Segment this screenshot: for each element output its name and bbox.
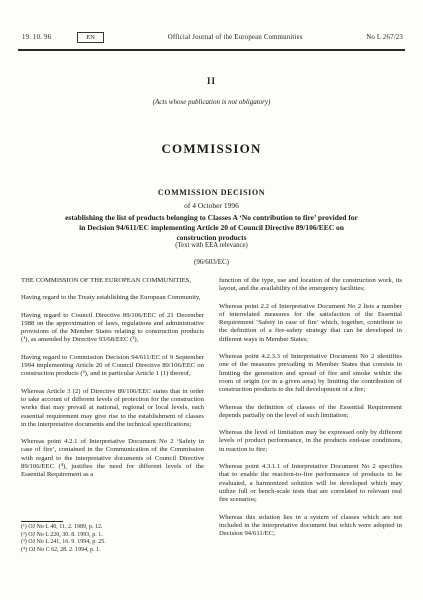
- body-paragraph: Whereas point 4.2.3.3 of Interpretative …: [219, 353, 402, 394]
- footnotes: (¹) OJ No L 40, 11. 2. 1989, p. 12.(²) O…: [21, 521, 191, 555]
- body-paragraph: Whereas the level of limitation may be e…: [219, 429, 402, 454]
- section-note: (Acts whose publication is not obligator…: [0, 98, 423, 106]
- body-paragraph: Whereas the definition of classes of the…: [219, 404, 402, 421]
- footnote: (⁴) OJ No C 62, 28. 2. 1994, p. 1.: [21, 547, 191, 555]
- decision-subject: establishing the list of products belong…: [62, 213, 361, 242]
- body-paragraph: THE COMMISSION OF THE EUROPEAN COMMUNITI…: [21, 277, 204, 285]
- institution-heading: COMMISSION: [0, 141, 423, 157]
- header-journal-title: Official Journal of the European Communi…: [104, 34, 366, 41]
- decision-heading: COMMISSION DECISION: [0, 188, 423, 197]
- body-paragraph: Having regard to the Treaty establishing…: [21, 294, 204, 302]
- header-page-ref: No L 267/23: [366, 34, 403, 41]
- decision-date-line: of 4 October 1996: [0, 201, 423, 210]
- body-paragraph: Whereas Article 3 (2) of Directive 89/10…: [21, 388, 204, 429]
- body-paragraph: Whereas point 4.3.1.1 of Interpretative …: [219, 463, 402, 504]
- body-paragraph: Having regard to Commission Decision 94/…: [21, 354, 204, 379]
- body-paragraph: Whereas this solution lies in a system o…: [219, 514, 402, 539]
- eea-relevance-note: (Text with EEA relevance): [0, 242, 423, 249]
- section-numeral: II: [0, 76, 423, 86]
- header-date: 19. 10. 96: [22, 34, 51, 41]
- footnote-list: (¹) OJ No L 40, 11. 2. 1989, p. 12.(²) O…: [21, 524, 191, 555]
- body-columns: THE COMMISSION OF THE EUROPEAN COMMUNITI…: [21, 277, 402, 547]
- page-header: 19. 10. 96 EN Official Journal of the Eu…: [18, 32, 405, 51]
- left-column: THE COMMISSION OF THE EUROPEAN COMMUNITI…: [21, 277, 204, 547]
- body-paragraph: Having regard to Council Directive 89/10…: [21, 312, 204, 345]
- footnote: (¹) OJ No L 40, 11. 2. 1989, p. 12.: [21, 524, 191, 532]
- body-paragraph: Whereas point 4.2.1 of Interpretative Do…: [21, 438, 204, 479]
- footnote-rule: [21, 521, 63, 522]
- body-paragraph: Whereas point 2.2 of Interpretative Docu…: [219, 303, 402, 344]
- right-column: function of the type, use and location o…: [219, 277, 402, 547]
- footnote: (³) OJ No L 241, 16. 9. 1994, p. 25.: [21, 539, 191, 547]
- body-paragraph: function of the type, use and location o…: [219, 277, 402, 294]
- journal-page: 19. 10. 96 EN Official Journal of the Eu…: [0, 0, 423, 600]
- decision-number: (96/603/EC): [0, 258, 423, 266]
- header-language-badge: EN: [77, 32, 104, 43]
